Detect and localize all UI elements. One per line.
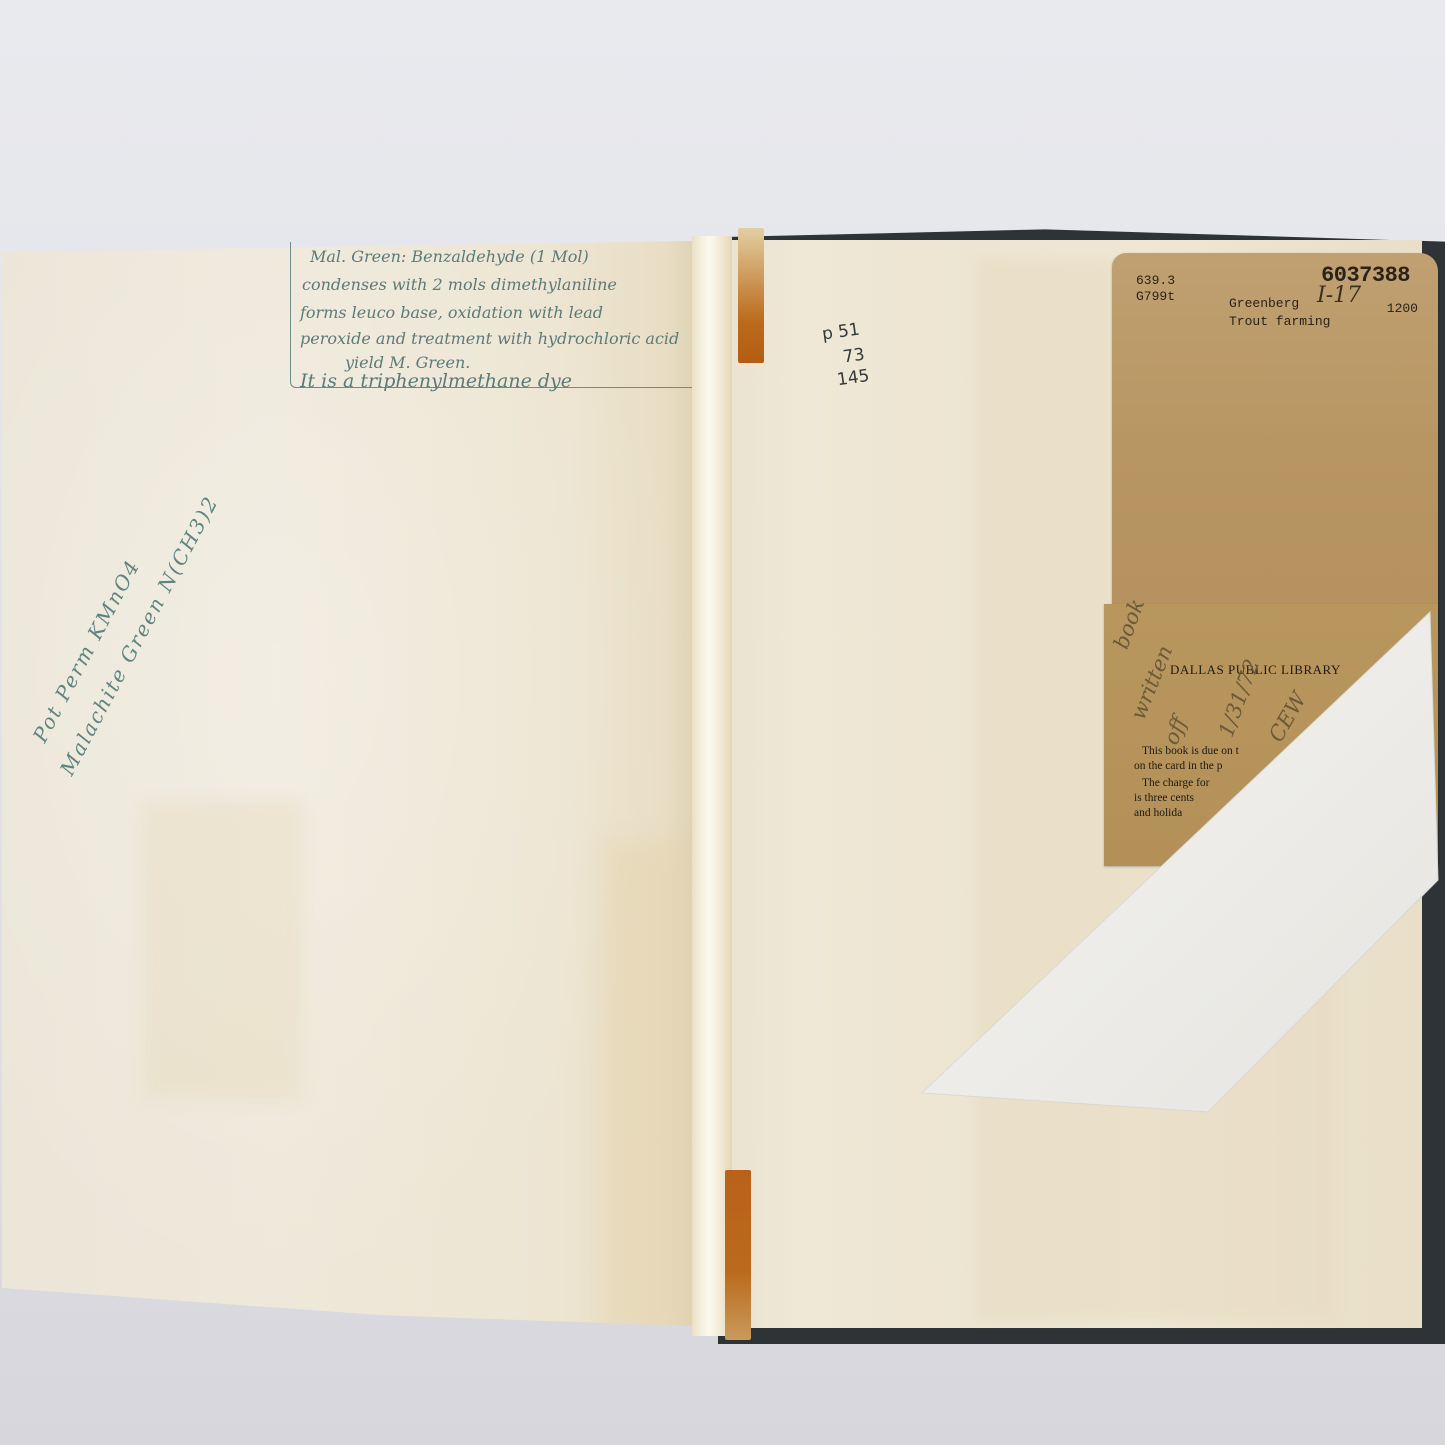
pocket-handwriting-3: off [1159, 713, 1192, 748]
card-title: Trout farming [1229, 314, 1330, 329]
library-book-card[interactable]: 639.3 G799t 6037388 I-17 Greenberg Trout… [1112, 253, 1438, 633]
page-stain [142, 801, 302, 1101]
handwritten-mark: I-17 [1317, 283, 1361, 308]
spine-tape-top [738, 228, 764, 363]
pocket-text-line: This book is due on t [1134, 744, 1239, 759]
note-line-1: Mal. Green: Benzaldehyde (1 Mol) [310, 246, 589, 268]
note-line-6: It is a triphenylmethane dye [300, 370, 572, 392]
page-ref-2: 73 [842, 345, 866, 368]
open-book: Mal. Green: Benzaldehyde (1 Mol) condens… [0, 0, 1445, 1445]
note-line-4: peroxide and treatment with hydrochloric… [300, 328, 679, 350]
pocket-rules-text: This book is due on t on the card in the… [1134, 744, 1239, 821]
pocket-text-line: is three cents [1134, 791, 1239, 806]
spine-tape-bottom [725, 1170, 751, 1340]
note-line-2: condenses with 2 mols dimethylaniline [302, 274, 617, 296]
pocket-handwriting-5: CEW [1264, 688, 1311, 746]
pocket-text-line: and holida [1134, 806, 1239, 821]
pocket-text-line: The charge for [1134, 776, 1239, 791]
page-stain [602, 841, 692, 1341]
left-endpaper [2, 241, 692, 1326]
library-card-pocket: DALLAS PUBLIC LIBRARY This book is due o… [1104, 604, 1438, 866]
note-line-3: forms leuco base, oxidation with lead [300, 302, 603, 324]
pocket-handwriting-1: book [1109, 596, 1149, 653]
pocket-handwriting-2: written [1126, 642, 1177, 723]
pocket-text-line: on the card in the p [1134, 759, 1239, 774]
call-number: 639.3 G799t [1136, 273, 1175, 305]
call-number-class: 639.3 [1136, 273, 1175, 289]
card-author: Greenberg [1229, 296, 1299, 311]
card-number: 1200 [1387, 301, 1418, 316]
call-number-cutter: G799t [1136, 289, 1175, 305]
